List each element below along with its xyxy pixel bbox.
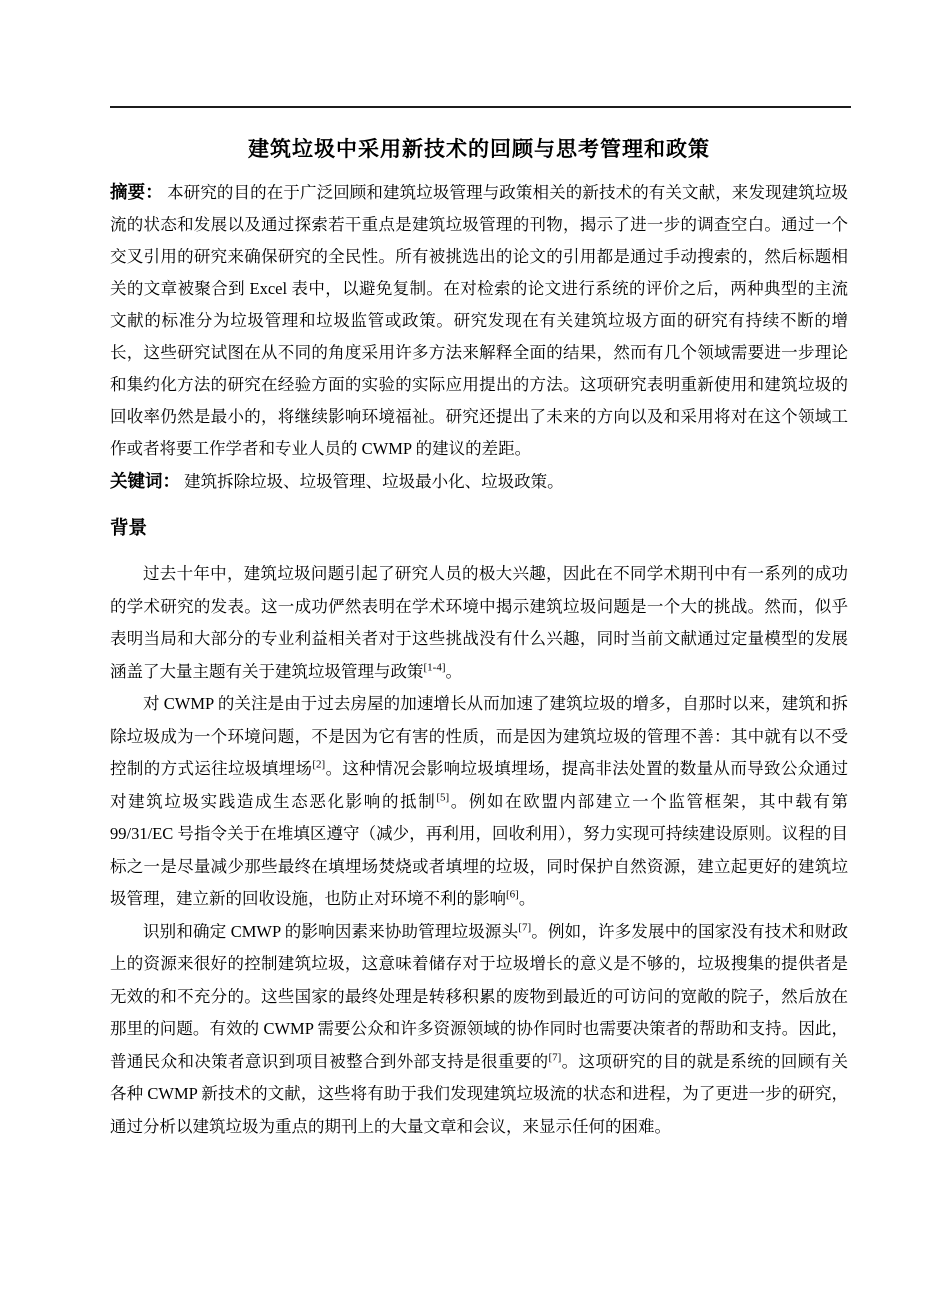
- page-title: 建筑垃圾中采用新技术的回顾与思考管理和政策: [110, 0, 848, 162]
- citation-ref: [1-4]: [424, 661, 446, 673]
- document-page: 建筑垃圾中采用新技术的回顾与思考管理和政策 摘要： 本研究的目的在于广泛回顾和建…: [0, 0, 926, 1309]
- citation-ref: [2]: [312, 759, 325, 771]
- body-paragraph-2: 对 CWMP 的关注是由于过去房屋的加速增长从而加速了建筑垃圾的增多，自那时以来…: [110, 688, 848, 916]
- abstract-text: 本研究的目的在于广泛回顾和建筑垃圾管理与政策相关的新技术的有关文献，来发现建筑垃…: [110, 183, 848, 458]
- paragraph-text: 识别和确定 CMWP 的影响因素来协助管理垃圾源头: [143, 922, 518, 941]
- paragraph-text: 过去十年中，建筑垃圾问题引起了研究人员的极大兴趣，因此在不同学术期刊中有一系列的…: [110, 564, 848, 681]
- citation-ref: [6]: [506, 889, 519, 901]
- keywords-line: 关键词： 建筑拆除垃圾、垃圾管理、垃圾最小化、垃圾政策。: [110, 465, 848, 498]
- keywords-label: 关键词：: [110, 471, 180, 491]
- abstract-paragraph: 摘要： 本研究的目的在于广泛回顾和建筑垃圾管理与政策相关的新技术的有关文献，来发…: [110, 176, 848, 465]
- paragraph-text: 。: [519, 889, 536, 908]
- body-paragraph-1: 过去十年中，建筑垃圾问题引起了研究人员的极大兴趣，因此在不同学术期刊中有一系列的…: [110, 558, 848, 688]
- abstract-label: 摘要：: [110, 182, 163, 202]
- citation-ref: [7]: [518, 921, 531, 933]
- keywords-text: 建筑拆除垃圾、垃圾管理、垃圾最小化、垃圾政策。: [184, 472, 564, 491]
- section-body: 过去十年中，建筑垃圾问题引起了研究人员的极大兴趣，因此在不同学术期刊中有一系列的…: [110, 558, 848, 1143]
- citation-ref: [7]: [548, 1051, 561, 1063]
- paragraph-text: 。: [446, 662, 463, 681]
- section-heading-background: 背景: [110, 516, 848, 540]
- paragraph-text: 。例如，许多发展中的国家没有技术和财政上的资源来很好的控制建筑垃圾，这意味着储存…: [110, 922, 848, 1071]
- header-rule: [110, 106, 851, 108]
- body-paragraph-3: 识别和确定 CMWP 的影响因素来协助管理垃圾源头[7]。例如，许多发展中的国家…: [110, 916, 848, 1144]
- citation-ref: [5]: [436, 791, 449, 803]
